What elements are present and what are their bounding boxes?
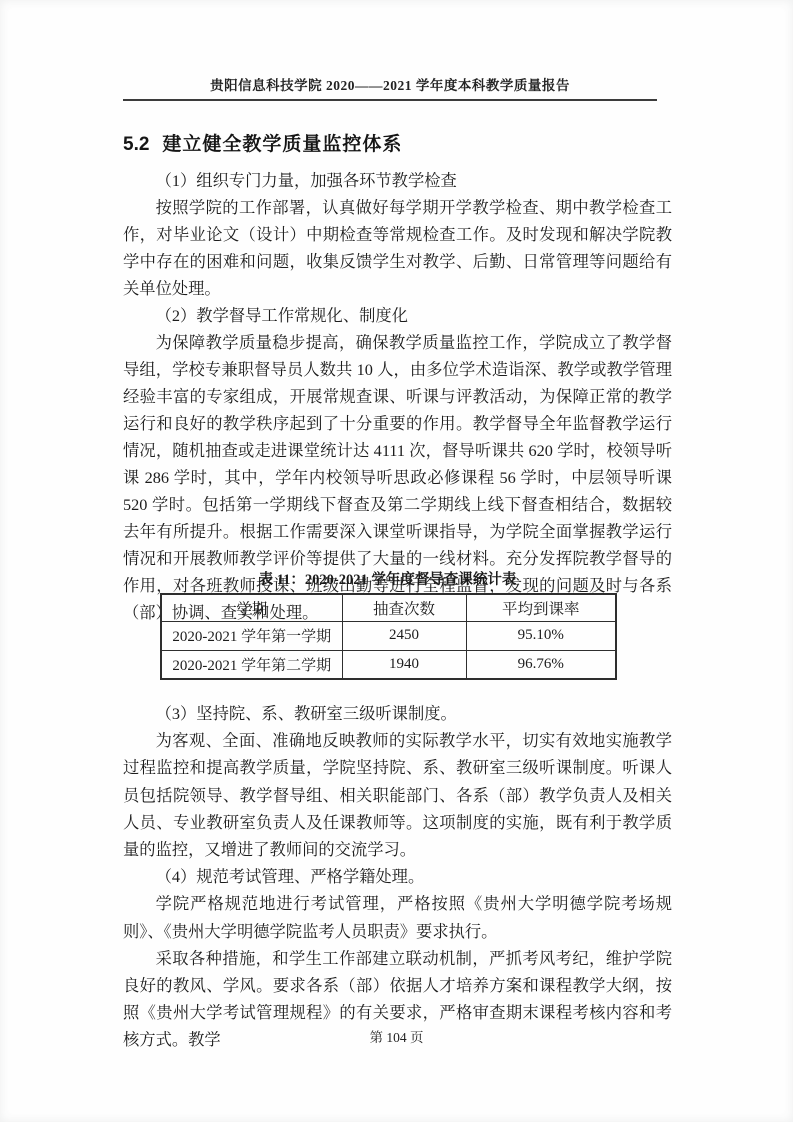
body-text-bottom: （3）坚持院、系、教研室三级听课制度。 为客观、全面、准确地反映教师的实际教学水… bbox=[123, 700, 672, 1054]
column-header-semester: 学期 bbox=[161, 594, 342, 621]
paragraph: （4）规范考试管理、严格学籍处理。 bbox=[123, 863, 672, 890]
section-heading: 5.2建立健全教学质量监控体系 bbox=[123, 131, 793, 159]
column-header-check-count: 抽查次数 bbox=[342, 594, 466, 621]
cell-semester: 2020-2021 学年第二学期 bbox=[161, 650, 342, 679]
table-section: 表 11：2020-2021 学年度督导查课统计表 学期 抽查次数 平均到课率 … bbox=[160, 570, 615, 680]
table-caption: 表 11：2020-2021 学年度督导查课统计表 bbox=[160, 570, 615, 591]
paragraph: 为客观、全面、准确地反映教师的实际教学水平，切实有效地实施教学过程监控和提高教学… bbox=[123, 727, 672, 863]
paragraph: （1）组织专门力量，加强各环节教学检查 bbox=[123, 167, 672, 194]
table-header-row: 学期 抽查次数 平均到课率 bbox=[161, 594, 616, 621]
page-number: 第 104 页 bbox=[370, 1030, 424, 1045]
supervision-stats-table: 学期 抽查次数 平均到课率 2020-2021 学年第一学期 2450 95.1… bbox=[160, 593, 617, 680]
section-number: 5.2 bbox=[123, 134, 149, 155]
cell-check-count: 2450 bbox=[342, 621, 466, 650]
paragraph: 按照学院的工作部署，认真做好每学期开学教学检查、期中教学检查工作，对毕业论文（设… bbox=[123, 194, 672, 302]
section-title: 建立健全教学质量监控体系 bbox=[162, 134, 402, 155]
page-header: 贵阳信息科技学院 2020——2021 学年度本科教学质量报告 bbox=[123, 77, 657, 101]
page-footer: 第 104 页 bbox=[0, 1028, 793, 1048]
document-page: 贵阳信息科技学院 2020——2021 学年度本科教学质量报告 5.2建立健全教… bbox=[0, 0, 793, 1122]
cell-check-count: 1940 bbox=[342, 650, 466, 679]
body-text-top: （1）组织专门力量，加强各环节教学检查 按照学院的工作部署，认真做好每学期开学教… bbox=[123, 167, 672, 626]
running-header-title: 贵阳信息科技学院 2020——2021 学年度本科教学质量报告 bbox=[123, 77, 657, 94]
paragraph: 学院严格规范地进行考试管理，严格按照《贵州大学明德学院考场规则》、《贵州大学明德… bbox=[123, 890, 672, 944]
cell-attendance-rate: 95.10% bbox=[466, 621, 616, 650]
cell-attendance-rate: 96.76% bbox=[466, 650, 616, 679]
paragraph: （3）坚持院、系、教研室三级听课制度。 bbox=[123, 700, 672, 727]
table-row: 2020-2021 学年第一学期 2450 95.10% bbox=[161, 621, 616, 650]
cell-semester: 2020-2021 学年第一学期 bbox=[161, 621, 342, 650]
column-header-attendance-rate: 平均到课率 bbox=[466, 594, 616, 621]
paragraph: （2）教学督导工作常规化、制度化 bbox=[123, 302, 672, 329]
table-row: 2020-2021 学年第二学期 1940 96.76% bbox=[161, 650, 616, 679]
